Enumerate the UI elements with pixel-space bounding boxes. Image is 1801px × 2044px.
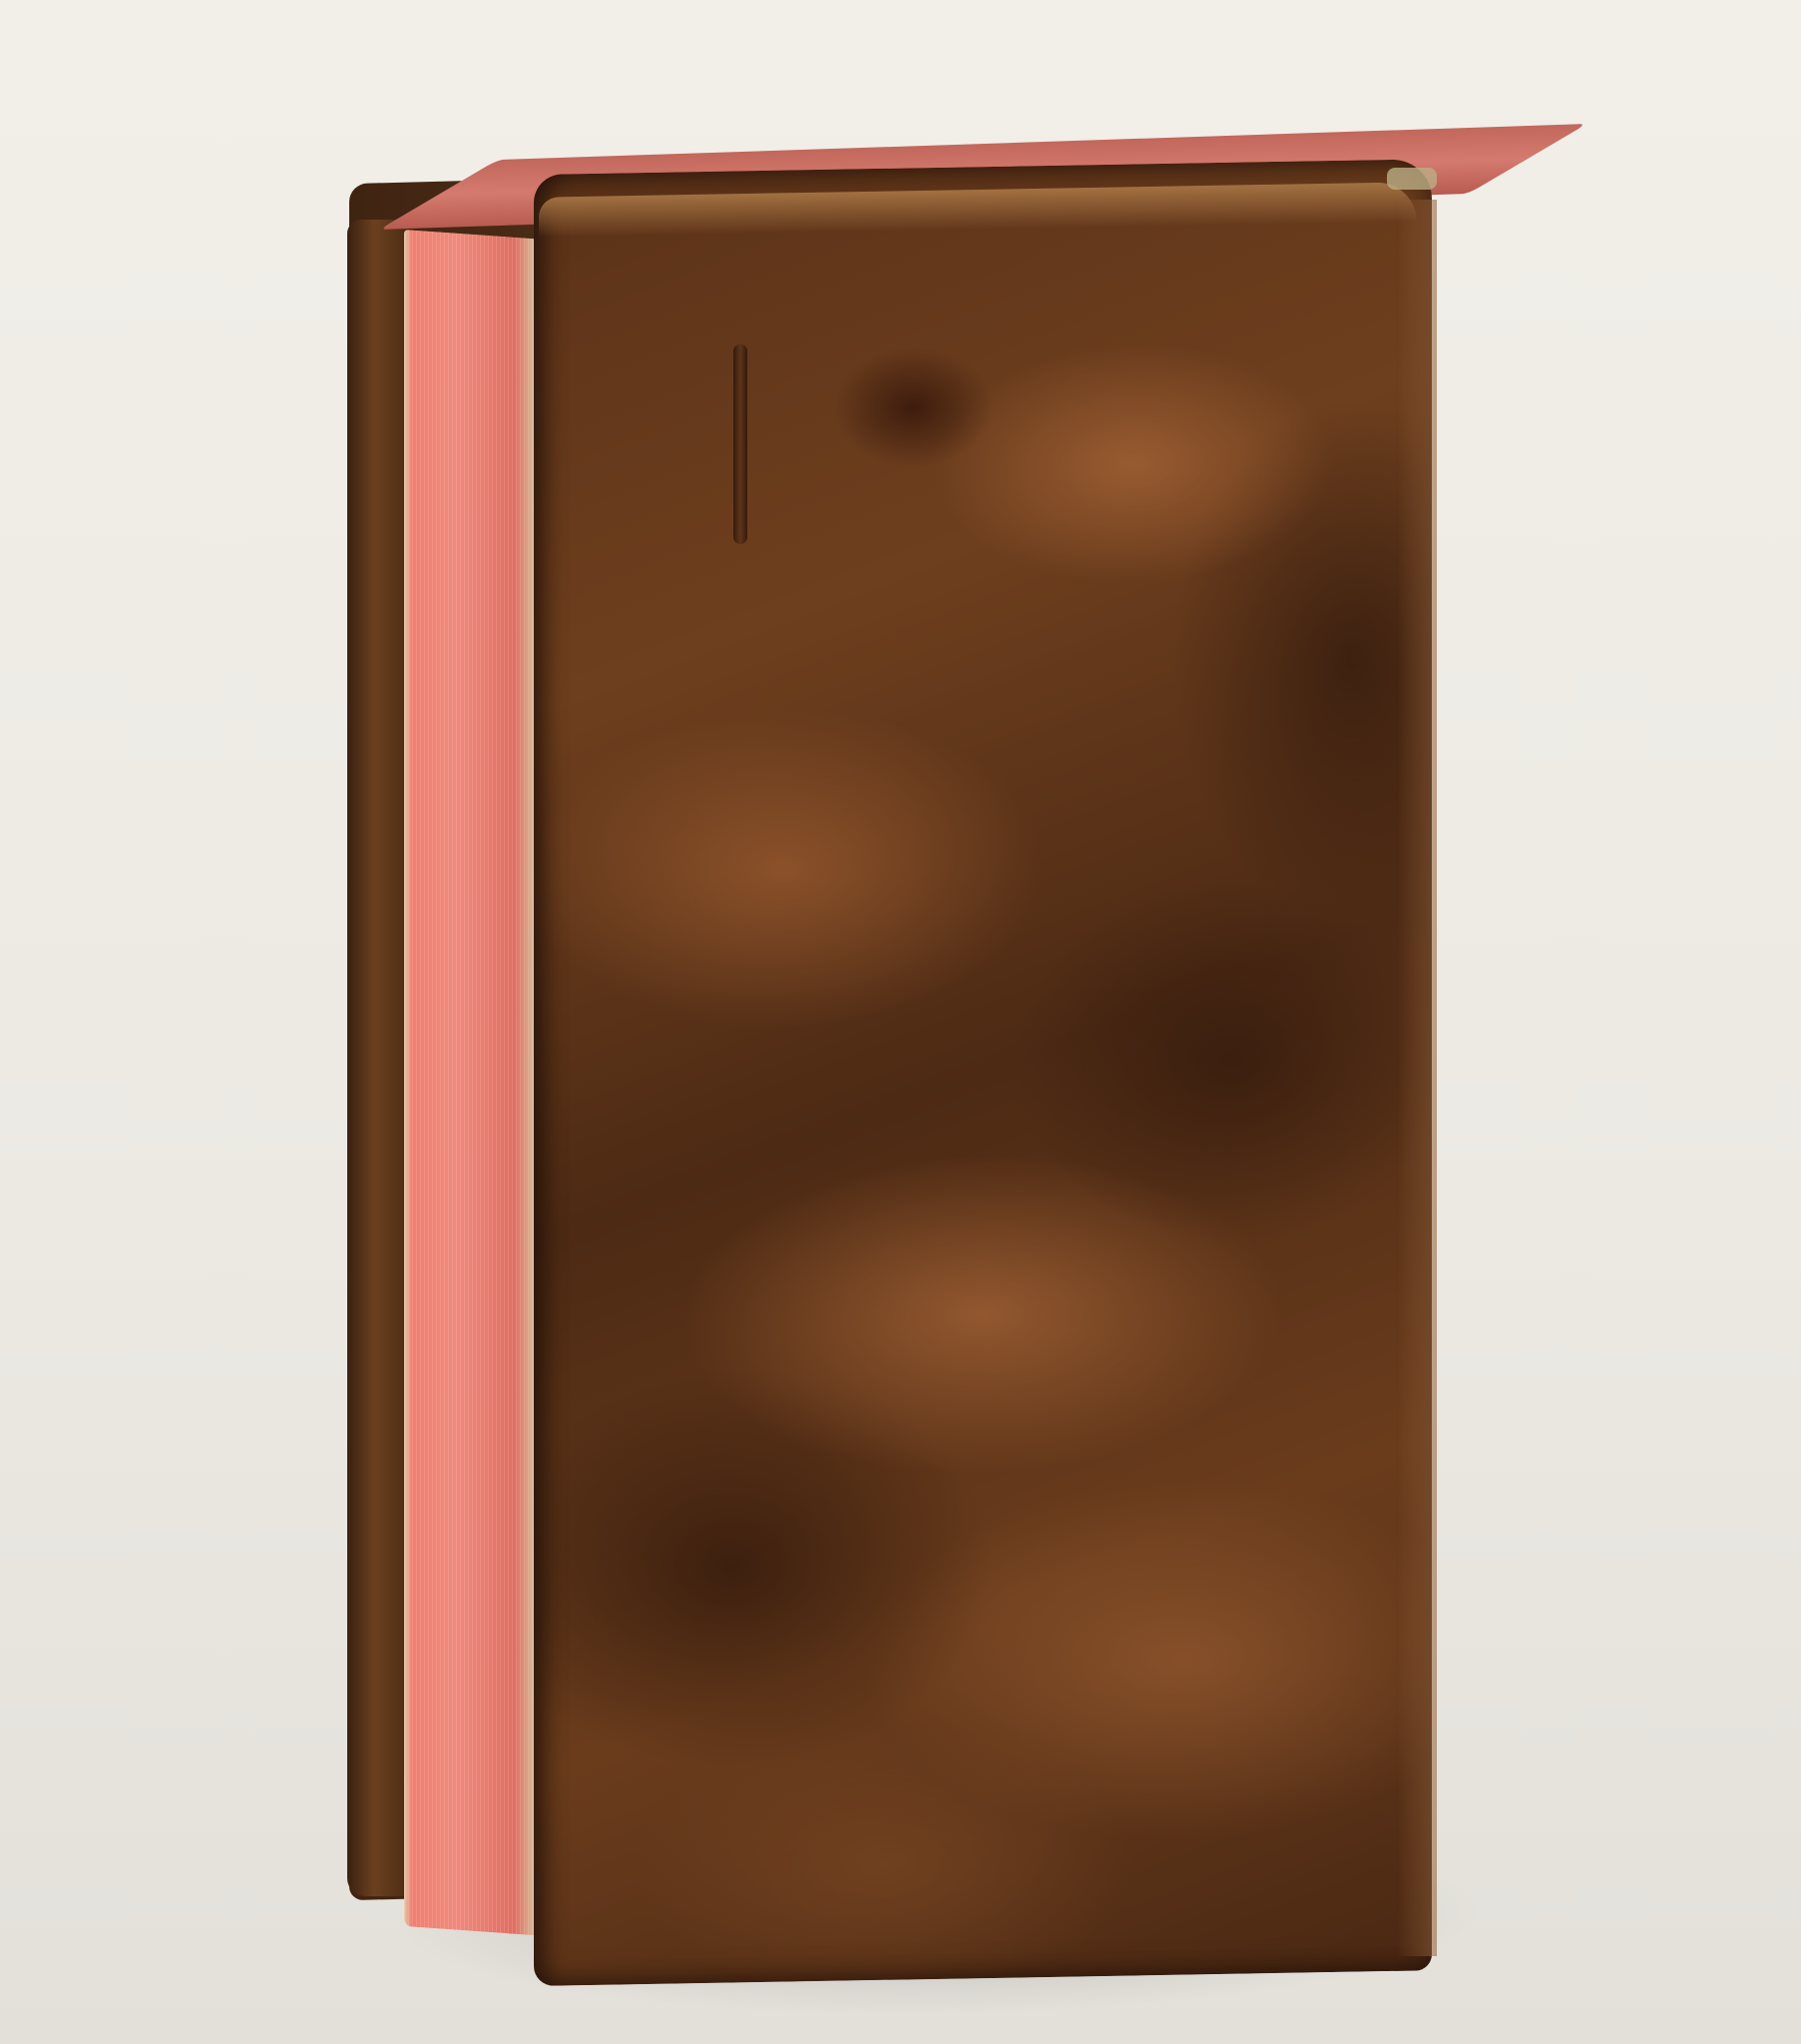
book-spine <box>347 220 407 1896</box>
photo-scene <box>0 0 1801 2044</box>
book-headband <box>1387 168 1437 190</box>
book-front-cover <box>534 159 1432 1986</box>
book-fore-edge-pages <box>404 230 534 1935</box>
cover-crease-mark <box>733 344 747 544</box>
cover-right-wear <box>1397 200 1437 1956</box>
